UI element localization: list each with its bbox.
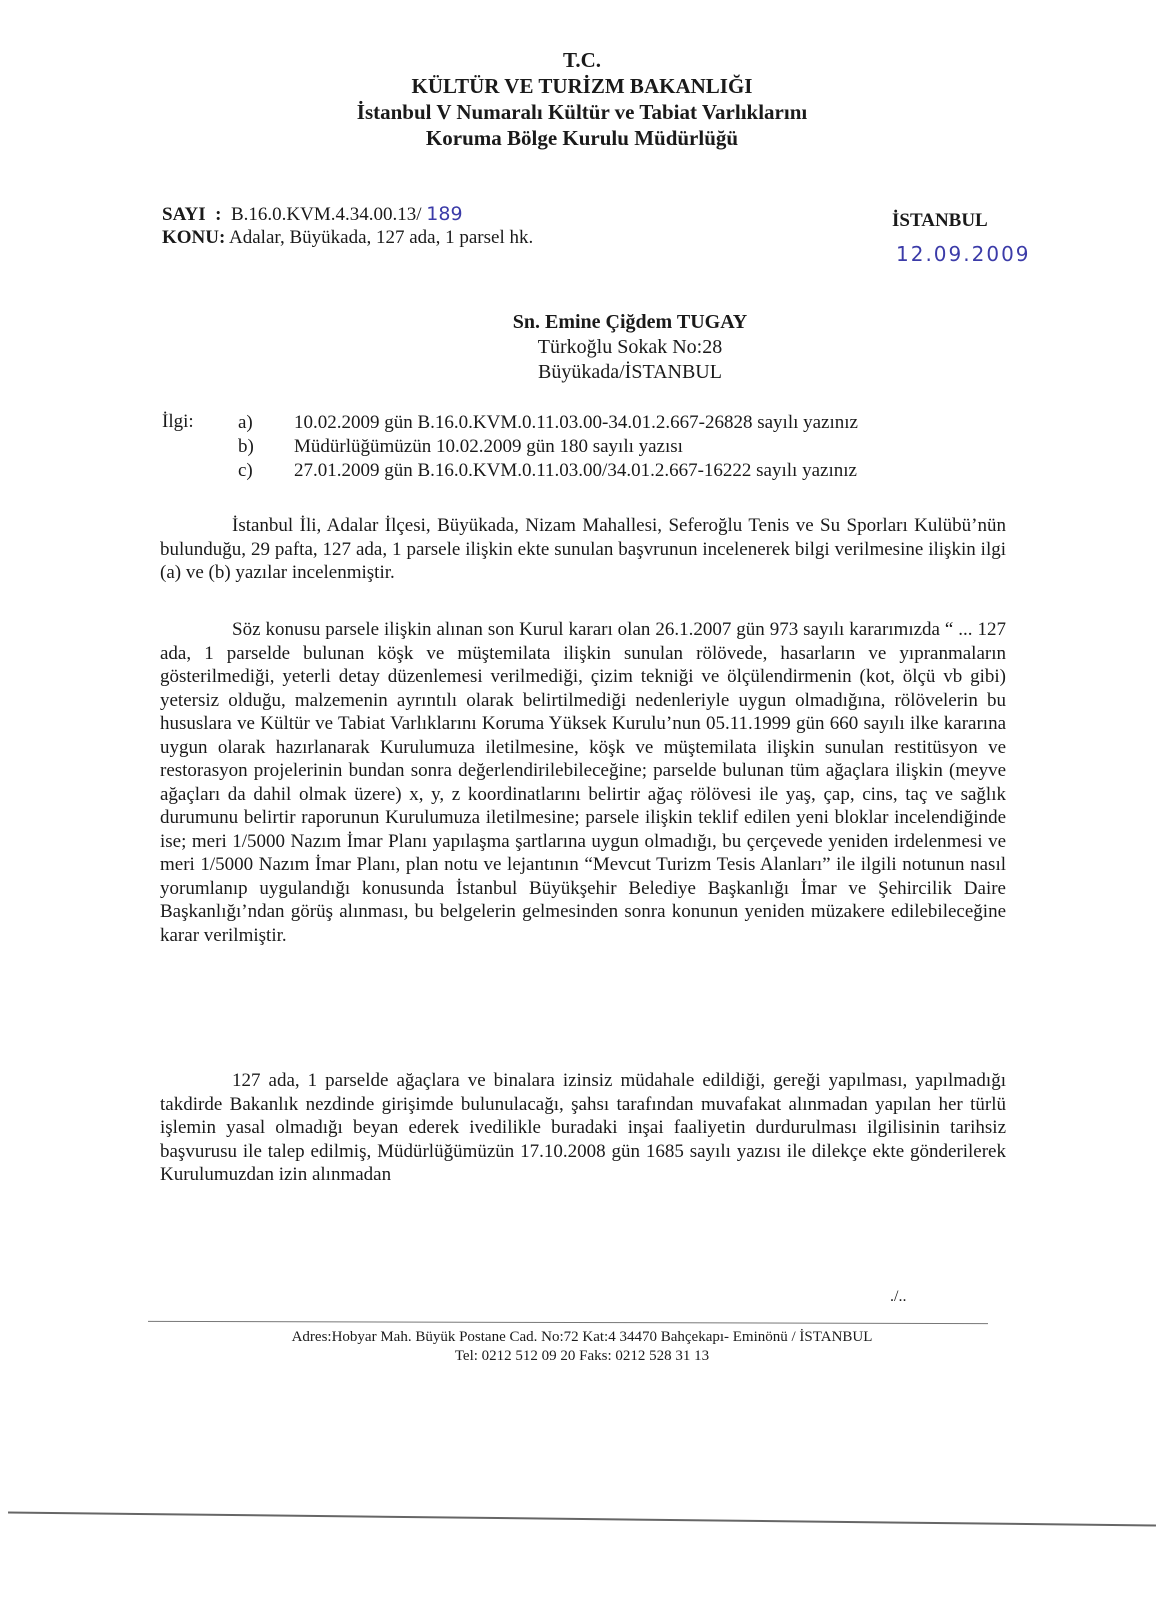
body-paragraph-3: 127 ada, 1 parselde ağaçlara ve binalara… (160, 1069, 1006, 1187)
ilgi-item: a)10.02.2009 gün B.16.0.KVM.0.11.03.00-3… (238, 411, 858, 435)
letterhead-tc: T.C. (0, 48, 1164, 72)
recipient-address-2: Büyükada/İSTANBUL (450, 360, 810, 385)
letterhead-directorate: İstanbul V Numaralı Kültür ve Tabiat Var… (0, 100, 1164, 124)
recipient-address-1: Türkoğlu Sokak No:28 (450, 335, 810, 360)
body-paragraph-1: İstanbul İli, Adalar İlçesi, Büyükada, N… (160, 514, 1006, 585)
ilgi-item: c)27.01.2009 gün B.16.0.KVM.0.11.03.00/3… (238, 459, 857, 483)
place: İSTANBUL (892, 210, 988, 232)
recipient-name: Sn. Emine Çiğdem TUGAY (450, 310, 810, 335)
scan-artifact-line (8, 1511, 1156, 1526)
ilgi-item: b)Müdürlüğümüzün 10.02.2009 gün 180 sayı… (238, 435, 683, 459)
sayi-line: SAYI : B.16.0.KVM.4.34.00.13/ 189 (162, 202, 463, 227)
footer-divider (148, 1321, 988, 1324)
konu-line: KONU: Adalar, Büyükada, 127 ada, 1 parse… (162, 226, 533, 250)
paragraph-text: İstanbul İli, Adalar İlçesi, Büyükada, N… (160, 514, 1006, 585)
ilgi-text: Müdürlüğümüzün 10.02.2009 gün 180 sayılı… (294, 436, 683, 457)
ilgi-key: a) (238, 411, 294, 435)
sayi-handwritten: 189 (426, 203, 462, 225)
sayi-value: B.16.0.KVM.4.34.00.13/ (231, 204, 422, 225)
continuation-mark: ./.. (890, 1288, 906, 1306)
letterhead-directorate-2: Koruma Bölge Kurulu Müdürlüğü (0, 126, 1164, 150)
paragraph-text: Söz konusu parsele ilişkin alınan son Ku… (160, 618, 1006, 947)
sayi-colon: : (210, 204, 226, 225)
paragraph-text: 127 ada, 1 parselde ağaçlara ve binalara… (160, 1069, 1006, 1187)
ilgi-label: İlgi: (162, 411, 194, 433)
ilgi-key: b) (238, 435, 294, 459)
sayi-label: SAYI (162, 204, 206, 225)
letterhead-ministry: KÜLTÜR VE TURİZM BAKANLIĞI (0, 74, 1164, 98)
footer-contact: Tel: 0212 512 09 20 Faks: 0212 528 31 13 (0, 1347, 1164, 1366)
ilgi-text: 10.02.2009 gün B.16.0.KVM.0.11.03.00-34.… (294, 412, 858, 433)
ilgi-text: 27.01.2009 gün B.16.0.KVM.0.11.03.00/34.… (294, 460, 857, 481)
ilgi-key: c) (238, 459, 294, 483)
date-handwritten: 12.09.2009 (896, 242, 1031, 266)
footer-address: Adres:Hobyar Mah. Büyük Postane Cad. No:… (0, 1328, 1164, 1347)
konu-value: Adalar, Büyükada, 127 ada, 1 parsel hk. (229, 227, 533, 248)
konu-label: KONU: (162, 227, 225, 248)
body-paragraph-2: Söz konusu parsele ilişkin alınan son Ku… (160, 618, 1006, 947)
